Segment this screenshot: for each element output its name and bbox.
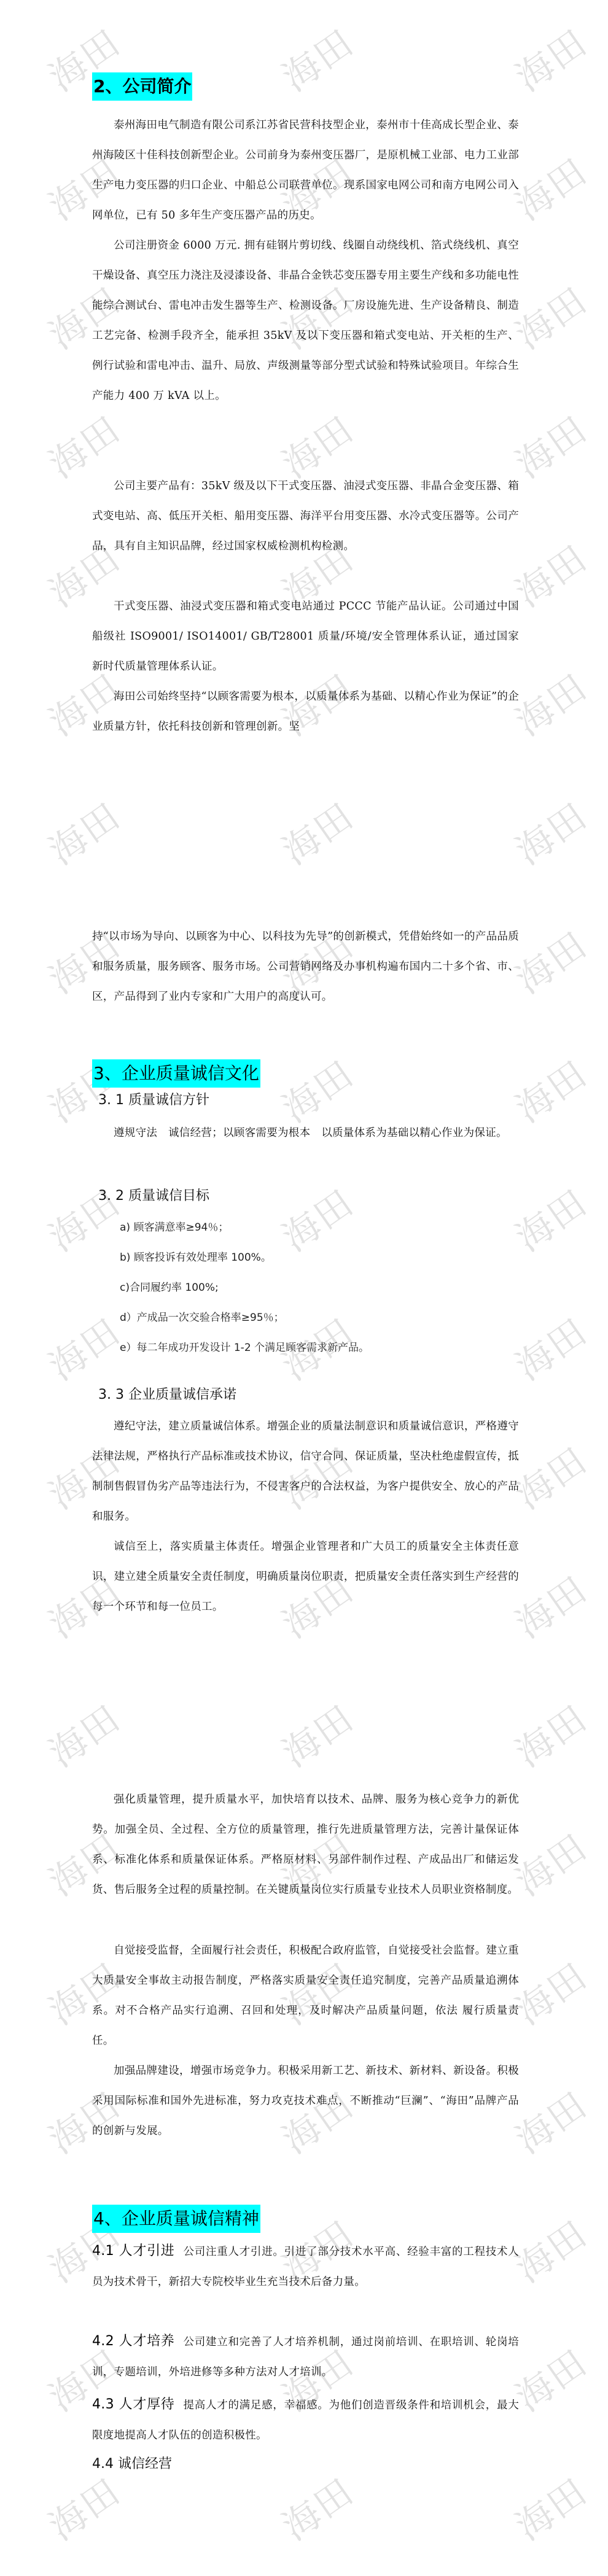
spirit-item-talent-introduction: 4.1 人才引进公司注重人才引进。引进了部分技术水平高、经验丰富的工程技术人员为… xyxy=(92,2236,519,2297)
watermark-text: 海田 xyxy=(504,788,596,875)
watermark-text: 海田 xyxy=(37,2464,130,2551)
paragraph-commitment-brand: 加强品牌建设，增强市场竞争力。积极采用新工艺、新技术、新材料、新设备。积极采用国… xyxy=(92,2056,519,2146)
watermark-text: 海田 xyxy=(37,1690,130,1777)
watermark-text: 海田 xyxy=(504,2464,596,2551)
section-heading-quality-spirit: 4、企业质量诚信精神 xyxy=(92,2205,260,2233)
section-heading-company-profile: 2、公司简介 xyxy=(92,72,192,101)
quality-goals-list: a) 顾客满意率≥94％； b) 顾客投诉有效处理率 100%。 c)合同履约率… xyxy=(92,1213,519,1363)
paragraph-commitment-law: 遵纪守法，建立质量诚信体系。增强企业的质量法制意识和质量诚信意识，严格遵守法律法… xyxy=(92,1412,519,1532)
subheading-integrity-operation: 4.4 诚信经营 xyxy=(92,2455,519,2474)
goal-item: a) 顾客满意率≥94％； xyxy=(92,1213,519,1243)
paragraph-registered-capital: 公司注册资金 6000 万元. 拥有硅钢片剪切线、线圈自动绕线机、箔式绕线机、真… xyxy=(92,231,519,411)
spirit-item-title: 4.2 人才培养 xyxy=(92,2334,175,2349)
paragraph-quality-policy-text: 遵规守法 诚信经营；以顾客需要为根本 以质量体系为基础以精心作业为保证。 xyxy=(92,1118,519,1148)
subheading-quality-commitment: 3. 3 企业质量诚信承诺 xyxy=(92,1386,519,1404)
subheading-quality-policy: 3. 1 质量诚信方针 xyxy=(92,1091,519,1110)
spirit-item-talent-training: 4.2 人才培养公司建立和完善了人才培养机制，通过岗前培训、在职培训、轮岗培训，… xyxy=(92,2326,519,2388)
watermark-text: 海田 xyxy=(270,1690,363,1777)
goal-item: e）每二年成功开发设计 1-2 个满足顾客需求新产品。 xyxy=(92,1333,519,1363)
watermark-text: 海田 xyxy=(270,788,363,875)
watermark-text: 海田 xyxy=(504,1690,596,1777)
spirit-item-title: 4.3 人才厚待 xyxy=(92,2397,175,2412)
watermark-text: 海田 xyxy=(37,788,130,875)
section-heading-quality-culture: 3、企业质量诚信文化 xyxy=(92,1059,260,1088)
watermark-text: 海田 xyxy=(270,2464,363,2551)
paragraph-innovation-mode: 持“以市场为导向、以顾客为中心、以科技为先导”的创新模式，凭借始终如一的产品品质… xyxy=(92,922,519,1012)
paragraph-company-intro: 泰州海田电气制造有限公司系江苏省民营科技型企业，泰州市十佳高成长型企业、泰州海陵… xyxy=(92,110,519,231)
paragraph-commitment-responsibility: 诚信至上，落实质量主体责任。增强企业管理者和广大员工的质量安全主体责任意识，建立… xyxy=(92,1532,519,1622)
paragraph-commitment-management: 强化质量管理，提升质量水平，加快培育以技术、品牌、服务为核心竞争力的新优势。加强… xyxy=(92,1785,519,1905)
spirit-item-title: 4.1 人才引进 xyxy=(92,2243,175,2259)
subheading-quality-goals: 3. 2 质量诚信目标 xyxy=(92,1187,519,1205)
paragraph-certifications: 干式变压器、油浸式变压器和箱式变电站通过 PCCC 节能产品认证。公司通过中国船… xyxy=(92,592,519,682)
goal-item: b) 顾客投诉有效处理率 100%。 xyxy=(92,1243,519,1273)
goal-item: d）产成品一次交验合格率≥95％； xyxy=(92,1303,519,1333)
goal-item: c)合同履约率 100%; xyxy=(92,1273,519,1303)
paragraph-quality-policy: 海田公司始终坚持“以顾客需要为根本，以质量体系为基础、以精心作业为保证”的企业质… xyxy=(92,682,519,742)
paragraph-commitment-supervision: 自觉接受监督，全面履行社会责任，积极配合政府监管，自觉接受社会监督。建立重大质量… xyxy=(92,1936,519,2056)
paragraph-main-products: 公司主要产品有：35kV 级及以下干式变压器、油浸式变压器、非晶合金变压器、箱式… xyxy=(92,471,519,562)
spirit-item-talent-care: 4.3 人才厚待提高人才的满足感，幸福感。为他们创造晋级条件和培训机会，最大限度… xyxy=(92,2389,519,2451)
